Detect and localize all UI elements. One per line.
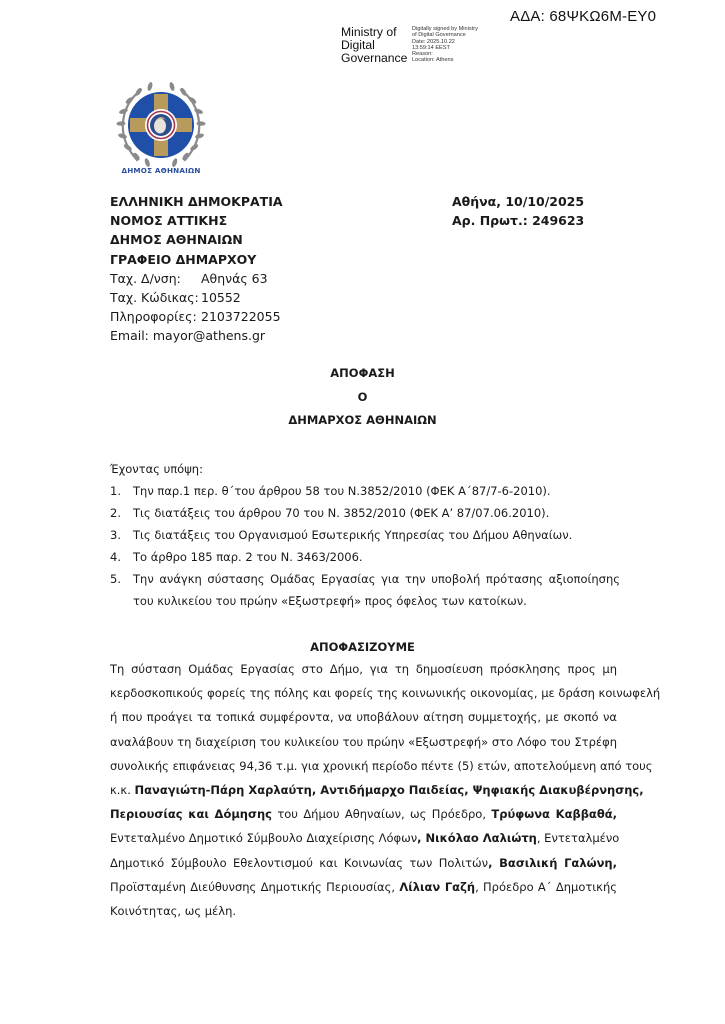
list-item: 5. Την ανάγκη σύστασης Ομάδας Εργασίας γ…: [110, 568, 620, 612]
list-item: 4. Το άρθρο 185 παρ. 2 του Ν. 3463/2006.: [110, 546, 620, 568]
bold-run: Τρύφωνα Καββαθά,: [491, 807, 617, 821]
text-run: Δημοτικό Σύμβουλο Εθελοντισμού και Κοινω…: [110, 856, 488, 870]
item-text: Την παρ.1 περ. θ΄του άρθρου 58 του Ν.385…: [133, 480, 620, 502]
paragraph-line: Κοινότητας, ως μέλη.: [110, 899, 617, 923]
title-line: ΔΗΜΑΡΧΟΣ ΑΘΗΝΑΙΩΝ: [0, 409, 725, 433]
considerations-intro: Έχοντας υπόψη:: [110, 458, 620, 480]
digital-signature-details: Digitally signed by Ministry of Digital …: [412, 26, 478, 64]
title-line: Ο: [0, 386, 725, 410]
contact-address: Ταχ. Δ/νση: Αθηνάς 63: [110, 269, 283, 288]
paragraph-line: κερδοσκοπικούς φορείς της πόλης και φορε…: [110, 681, 617, 705]
text-run: κ.κ.: [110, 783, 135, 797]
considerations-section: Έχοντας υπόψη: 1. Την παρ.1 περ. θ΄του ά…: [110, 458, 620, 612]
text-run: ή που προάγει τα τοπικά συμφέροντα, να υ…: [110, 710, 617, 724]
item-number: 2.: [110, 502, 133, 524]
bold-run: , Νικόλαο Λαλιώτη: [417, 831, 537, 845]
considerations-list: 1. Την παρ.1 περ. θ΄του άρθρου 58 του Ν.…: [110, 480, 620, 612]
text-run: κερδοσκοπικούς φορείς της πόλης και φορε…: [110, 686, 660, 700]
item-text: Τις διατάξεις του άρθρου 70 του Ν. 3852/…: [133, 502, 620, 524]
protocol-number: Αρ. Πρωτ.: 249623: [452, 211, 584, 230]
text-run: συνολικής επιφάνειας 94,36 τ.μ. για χρον…: [110, 759, 653, 773]
item-number: 4.: [110, 546, 133, 568]
bold-run: Περιουσίας και Δόμησης: [110, 807, 272, 821]
item-number: 5.: [110, 568, 133, 612]
paragraph-line: Δημοτικό Σύμβουλο Εθελοντισμού και Κοινω…: [110, 851, 617, 875]
digital-signature-signer: Ministry of Digital Governance: [341, 26, 407, 65]
issuer-line: ΝΟΜΟΣ ΑΤΤΙΚΗΣ: [110, 211, 283, 230]
paragraph-line: αναλάβουν τη διαχείριση του κυλικείου το…: [110, 730, 617, 754]
emblem-label: ΔΗΜΟΣ ΑΘΗΝΑΙΩΝ: [106, 166, 216, 175]
signature-detail: Location: Athens: [412, 57, 478, 63]
contact-value: Αθηνάς 63: [201, 269, 268, 288]
list-item: 3. Τις διατάξεις του Οργανισμού Εσωτερικ…: [110, 524, 620, 546]
issuer-line: ΓΡΑΦΕΙΟ ΔΗΜΑΡΧΟΥ: [110, 250, 283, 269]
ada-code: ΑΔΑ: 68ΨΚΩ6Μ-ΕΥ0: [510, 8, 656, 25]
athens-emblem-icon: [115, 80, 207, 172]
decision-body: Τη σύσταση Ομάδας Εργασίας στο Δήμο, για…: [110, 657, 617, 923]
place-date: Αθήνα, 10/10/2025: [452, 192, 584, 211]
signer-line: Governance: [341, 52, 407, 65]
paragraph-line: ή που προάγει τα τοπικά συμφέροντα, να υ…: [110, 705, 617, 729]
decision-title: ΑΠΟΦΑΣΗ Ο ΔΗΜΑΡΧΟΣ ΑΘΗΝΑΙΩΝ: [0, 362, 725, 433]
contact-value: 2103722055: [201, 307, 281, 326]
contact-label: Ταχ. Δ/νση:: [110, 269, 201, 288]
paragraph-line: Περιουσίας και Δόμησης του Δήμου Αθηναίω…: [110, 802, 617, 826]
contact-email: Email: mayor@athens.gr: [110, 326, 283, 345]
item-text: Τις διατάξεις του Οργανισμού Εσωτερικής …: [133, 524, 620, 546]
contact-postcode: Ταχ. Κώδικας: 10552: [110, 288, 283, 307]
item-text: Το άρθρο 185 παρ. 2 του Ν. 3463/2006.: [133, 546, 620, 568]
bold-run: Παναγιώτη-Πάρη Χαρλαύτη, Αντιδήμαρχο Παι…: [135, 783, 644, 797]
contact-label: Ταχ. Κώδικας:: [110, 288, 201, 307]
title-line: ΑΠΟΦΑΣΗ: [0, 362, 725, 386]
text-run: Προϊσταμένη Διεύθυνσης Δημοτικής Περιουσ…: [110, 880, 399, 894]
text-run: Τη σύσταση Ομάδας Εργασίας στο Δήμο, για…: [110, 662, 617, 676]
text-run: Εντεταλμένο Δημοτικό Σύμβουλο Διαχείριση…: [110, 831, 417, 845]
bold-run: Λίλιαν Γαζή: [399, 880, 475, 894]
item-text: Την ανάγκη σύστασης Ομάδας Εργασίας για …: [133, 568, 620, 612]
text-run: του Δήμου Αθηναίων, ως Πρόεδρο,: [272, 807, 491, 821]
issuer-block: ΕΛΛΗΝΙΚΗ ΔΗΜΟΚΡΑΤΙΑ ΝΟΜΟΣ ΑΤΤΙΚΗΣ ΔΗΜΟΣ …: [110, 192, 283, 346]
paragraph-line: συνολικής επιφάνειας 94,36 τ.μ. για χρον…: [110, 754, 617, 778]
paragraph-line: Προϊσταμένη Διεύθυνσης Δημοτικής Περιουσ…: [110, 875, 617, 899]
issuer-line: ΔΗΜΟΣ ΑΘΗΝΑΙΩΝ: [110, 230, 283, 249]
date-protocol-block: Αθήνα, 10/10/2025 Αρ. Πρωτ.: 249623: [452, 192, 584, 230]
list-item: 2. Τις διατάξεις του άρθρου 70 του Ν. 38…: [110, 502, 620, 524]
item-number: 1.: [110, 480, 133, 502]
text-run: Κοινότητας, ως μέλη.: [110, 904, 236, 918]
text-run: , Πρόεδρο Α΄ Δημοτικής: [475, 880, 617, 894]
decision-heading: ΑΠΟΦΑΣΙΖΟΥΜΕ: [0, 640, 725, 654]
bold-run: , Βασιλική Γαλώνη,: [488, 856, 617, 870]
paragraph-line: κ.κ. Παναγιώτη-Πάρη Χαρλαύτη, Αντιδήμαρχ…: [110, 778, 617, 802]
contact-value: 10552: [201, 288, 241, 307]
contact-label: Πληροφορίες:: [110, 307, 201, 326]
issuer-line: ΕΛΛΗΝΙΚΗ ΔΗΜΟΚΡΑΤΙΑ: [110, 192, 283, 211]
text-run: , Εντεταλμένο: [537, 831, 619, 845]
list-item: 1. Την παρ.1 περ. θ΄του άρθρου 58 του Ν.…: [110, 480, 620, 502]
text-run: αναλάβουν τη διαχείριση του κυλικείου το…: [110, 735, 617, 749]
item-number: 3.: [110, 524, 133, 546]
contact-phone: Πληροφορίες: 2103722055: [110, 307, 283, 326]
paragraph-line: Εντεταλμένο Δημοτικό Σύμβουλο Διαχείριση…: [110, 826, 617, 850]
paragraph-line: Τη σύσταση Ομάδας Εργασίας στο Δήμο, για…: [110, 657, 617, 681]
